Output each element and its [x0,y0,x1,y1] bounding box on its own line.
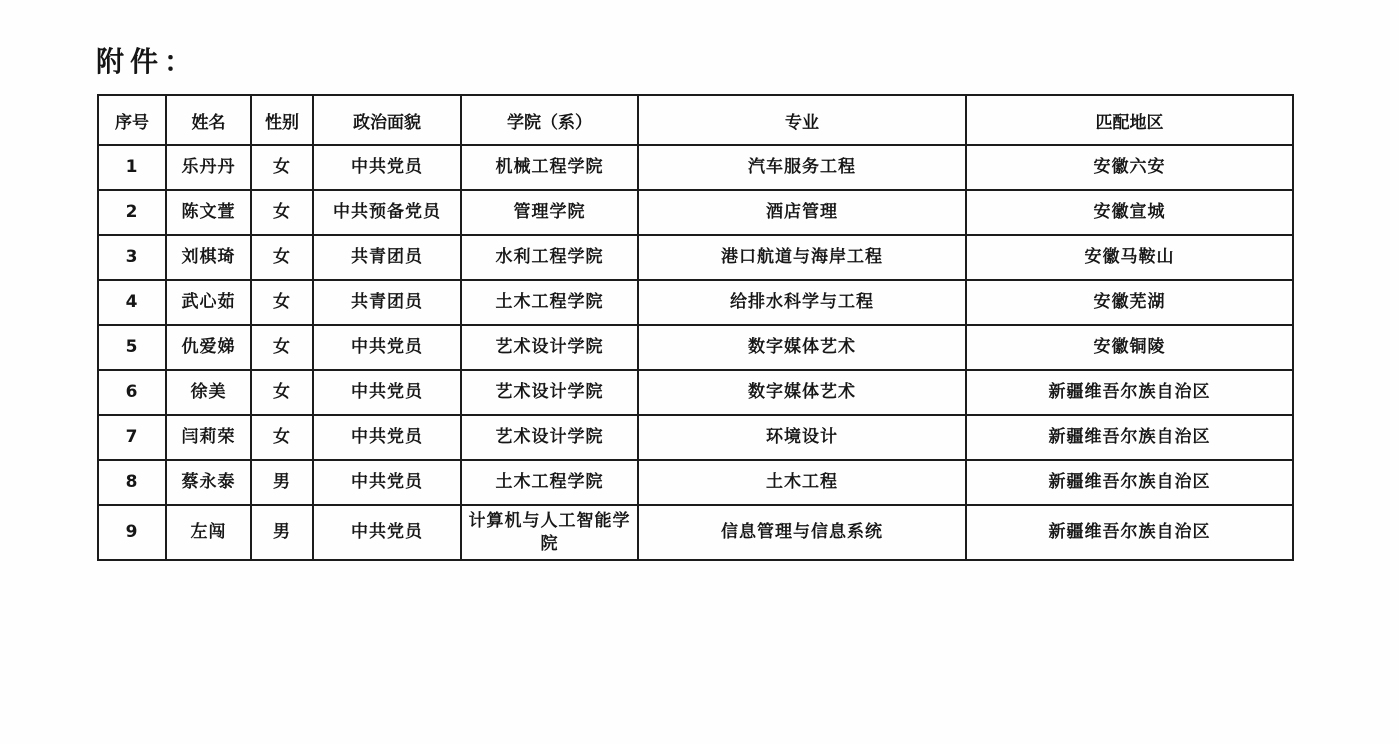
table-cell: 女 [251,370,313,415]
table-cell: 女 [251,280,313,325]
table-cell: 机械工程学院 [461,145,638,190]
table-cell: 给排水科学与工程 [638,280,966,325]
table-row: 1乐丹丹女中共党员机械工程学院汽车服务工程安徽六安 [98,145,1293,190]
table-cell: 4 [98,280,166,325]
table-cell: 共青团员 [313,280,461,325]
table-cell: 蔡永泰 [166,460,251,505]
table-row: 2陈文萱女中共预备党员管理学院酒店管理安徽宣城 [98,190,1293,235]
table-cell: 计算机与人工智能学院 [461,505,638,560]
table-cell: 酒店管理 [638,190,966,235]
header-cell: 匹配地区 [966,95,1293,145]
header-cell: 姓名 [166,95,251,145]
table-cell: 数字媒体艺术 [638,370,966,415]
table-cell: 安徽宣城 [966,190,1293,235]
table-row: 3刘棋琦女共青团员水利工程学院港口航道与海岸工程安徽马鞍山 [98,235,1293,280]
table-cell: 仇爱娣 [166,325,251,370]
table-cell: 7 [98,415,166,460]
table-cell: 中共党员 [313,145,461,190]
table-cell: 3 [98,235,166,280]
table-cell: 新疆维吾尔族自治区 [966,415,1293,460]
table-cell: 艺术设计学院 [461,325,638,370]
table-cell: 安徽六安 [966,145,1293,190]
table-cell: 土木工程学院 [461,460,638,505]
table-cell: 安徽马鞍山 [966,235,1293,280]
student-match-table: 序号姓名性别政治面貌学院（系）专业匹配地区 1乐丹丹女中共党员机械工程学院汽车服… [97,94,1294,561]
document-page: 附件： 序号姓名性别政治面貌学院（系）专业匹配地区 1乐丹丹女中共党员机械工程学… [0,0,1399,744]
header-cell: 政治面貌 [313,95,461,145]
table-cell: 1 [98,145,166,190]
table-cell: 男 [251,505,313,560]
table-cell: 女 [251,415,313,460]
table-cell: 徐美 [166,370,251,415]
table-cell: 6 [98,370,166,415]
table-cell: 港口航道与海岸工程 [638,235,966,280]
table-cell: 新疆维吾尔族自治区 [966,460,1293,505]
table-cell: 女 [251,325,313,370]
table-cell: 新疆维吾尔族自治区 [966,505,1293,560]
table-cell: 中共党员 [313,415,461,460]
table-cell: 汽车服务工程 [638,145,966,190]
table-cell: 共青团员 [313,235,461,280]
header-cell: 性别 [251,95,313,145]
table-cell: 武心茹 [166,280,251,325]
table-cell: 信息管理与信息系统 [638,505,966,560]
table-row: 6徐美女中共党员艺术设计学院数字媒体艺术新疆维吾尔族自治区 [98,370,1293,415]
table-cell: 环境设计 [638,415,966,460]
table-cell: 数字媒体艺术 [638,325,966,370]
table-cell: 左闯 [166,505,251,560]
table-cell: 陈文萱 [166,190,251,235]
table-cell: 女 [251,235,313,280]
table-cell: 5 [98,325,166,370]
header-cell: 专业 [638,95,966,145]
table-header-row: 序号姓名性别政治面貌学院（系）专业匹配地区 [98,95,1293,145]
table-cell: 中共党员 [313,460,461,505]
table-row: 5仇爱娣女中共党员艺术设计学院数字媒体艺术安徽铜陵 [98,325,1293,370]
table-cell: 中共党员 [313,370,461,415]
table-cell: 闫莉荣 [166,415,251,460]
table-row: 7闫莉荣女中共党员艺术设计学院环境设计新疆维吾尔族自治区 [98,415,1293,460]
table-cell: 艺术设计学院 [461,415,638,460]
table-cell: 安徽芜湖 [966,280,1293,325]
table-cell: 乐丹丹 [166,145,251,190]
header-cell: 序号 [98,95,166,145]
table-body: 1乐丹丹女中共党员机械工程学院汽车服务工程安徽六安2陈文萱女中共预备党员管理学院… [98,145,1293,560]
table-cell: 中共预备党员 [313,190,461,235]
table-cell: 8 [98,460,166,505]
table-cell: 新疆维吾尔族自治区 [966,370,1293,415]
table-cell: 男 [251,460,313,505]
table-cell: 刘棋琦 [166,235,251,280]
table-cell: 艺术设计学院 [461,370,638,415]
header-cell: 学院（系） [461,95,638,145]
table-cell: 安徽铜陵 [966,325,1293,370]
table-cell: 土木工程 [638,460,966,505]
table-cell: 管理学院 [461,190,638,235]
table-cell: 中共党员 [313,325,461,370]
table-cell: 女 [251,190,313,235]
table-cell: 水利工程学院 [461,235,638,280]
table-cell: 土木工程学院 [461,280,638,325]
table-cell: 中共党员 [313,505,461,560]
attachment-label: 附件： [96,40,198,80]
table-cell: 女 [251,145,313,190]
table-row: 9左闯男中共党员计算机与人工智能学院信息管理与信息系统新疆维吾尔族自治区 [98,505,1293,560]
table-row: 4武心茹女共青团员土木工程学院给排水科学与工程安徽芜湖 [98,280,1293,325]
table-row: 8蔡永泰男中共党员土木工程学院土木工程新疆维吾尔族自治区 [98,460,1293,505]
table-cell: 9 [98,505,166,560]
table-cell: 2 [98,190,166,235]
